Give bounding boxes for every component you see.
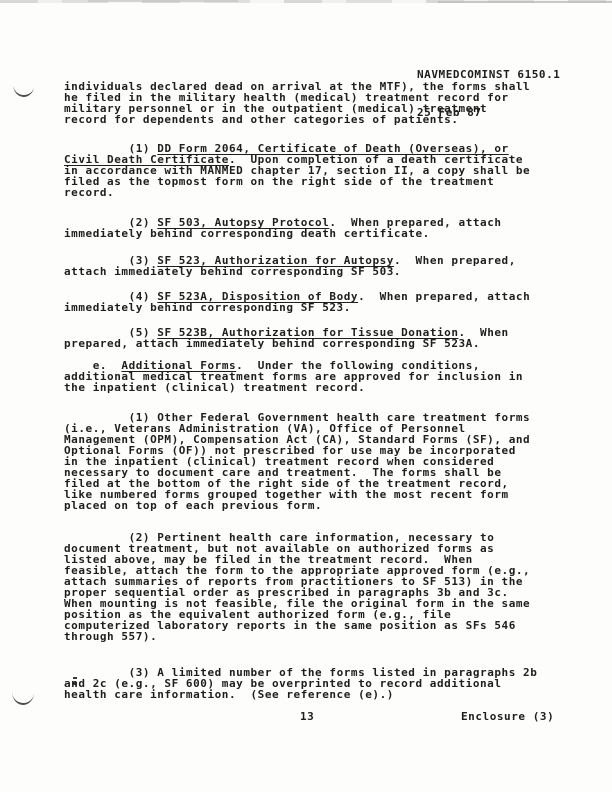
scan-artifact-top-edge <box>438 1 612 3</box>
page-number: 13 <box>300 711 314 722</box>
enclosure-label: Enclosure (3) <box>461 711 554 722</box>
paragraph-sub-3-sf-523: (3) SF 523, Authorization for Autopsy. W… <box>64 255 554 277</box>
paragraph-intro: individuals declared dead on arrival at … <box>64 81 554 125</box>
paragraph-e1-other-federal-forms: (1) Other Federal Government health care… <box>64 412 554 511</box>
scanned-document-page: NAVMEDCOMINST 6150.1 25 Feb 87 individua… <box>0 0 612 792</box>
paragraph-sub-4-sf-523a: (4) SF 523A, Disposition of Body. When p… <box>64 291 554 313</box>
paragraph-text: individuals declared dead on arrival at … <box>64 80 530 126</box>
paragraph-text: (2) Pertinent health care information, n… <box>64 531 530 643</box>
scan-artifact-curl-mark-lower <box>12 691 34 706</box>
paragraph-e3-overprinted-forms: (3) A limited number of the forms listed… <box>64 667 554 700</box>
paragraph-text: (1) Other Federal Government health care… <box>64 411 530 512</box>
paragraph-e2-pertinent-information: (2) Pertinent health care information, n… <box>64 532 554 642</box>
scan-artifact-top-edge <box>88 0 238 2</box>
scan-artifact-curl-mark-upper <box>13 83 35 97</box>
paragraph-sub-5-sf-523b: (5) SF 523B, Authorization for Tissue Do… <box>64 327 554 349</box>
paragraph-e-additional-forms: e. Additional Forms. Under the following… <box>64 360 554 393</box>
paragraph-sub-1-death-certificate: (1) DD Form 2064, Certificate of Death (… <box>64 143 554 198</box>
paragraph-sub-2-sf-503: (2) SF 503, Autopsy Protocol. When prepa… <box>64 217 554 239</box>
document-body: individuals declared dead on arrival at … <box>64 81 554 700</box>
paragraph-text: (3) A limited number of the forms listed… <box>64 666 537 701</box>
